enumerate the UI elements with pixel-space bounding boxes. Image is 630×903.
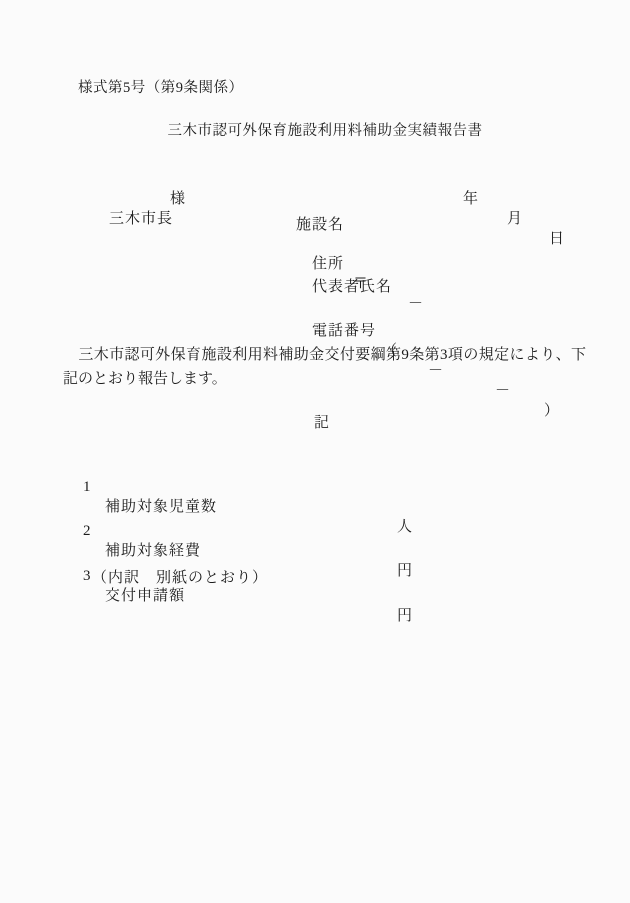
item-number: 2 bbox=[83, 521, 92, 541]
date-month-label: 月 bbox=[507, 209, 523, 229]
date-year-label: 年 bbox=[463, 189, 479, 209]
item-number: 1 bbox=[83, 477, 92, 497]
item-breakdown-note: （内訳 別紙のとおり） bbox=[92, 568, 268, 588]
item-number: 3 bbox=[83, 566, 92, 586]
form-number: 様式第5号（第9条関係） bbox=[78, 78, 244, 98]
item-label: 交付申請額 bbox=[105, 586, 185, 606]
facility-name-label: 施設名 bbox=[296, 215, 344, 235]
document-title: 三木市認可外保育施設利用料補助金実績報告書 bbox=[20, 121, 630, 141]
item-row-2: 2 補助対象経費 円 bbox=[0, 501, 630, 521]
address-label: 住所 bbox=[312, 254, 344, 274]
item-unit: 円 bbox=[397, 606, 413, 626]
representative-label: 代表者氏名 bbox=[312, 277, 392, 297]
phone-label: 電話番号 bbox=[312, 321, 376, 341]
item-row-3: 3 交付申請額 円 bbox=[0, 546, 630, 566]
addressee-honorific: 様 bbox=[170, 189, 186, 209]
phone-line: 電話番号 （ － － ） bbox=[0, 301, 630, 321]
addressee-name: 三木市長 bbox=[109, 211, 173, 227]
record-heading: 記 bbox=[14, 413, 630, 433]
item-row-1: 1 補助対象児童数 人 bbox=[0, 457, 630, 477]
body-paragraph: 三木市認可外保育施設利用料補助金交付要綱第9条第3項の規定により、下記のとおり報… bbox=[63, 343, 586, 391]
addressee-line: 三木市長 様 bbox=[90, 189, 173, 269]
address-line: 住所 〒 － bbox=[0, 234, 630, 254]
date-line: 年 月 日 bbox=[0, 169, 630, 189]
document-page: 様式第5号（第9条関係） 三木市認可外保育施設利用料補助金実績報告書 年 月 日… bbox=[0, 0, 630, 903]
